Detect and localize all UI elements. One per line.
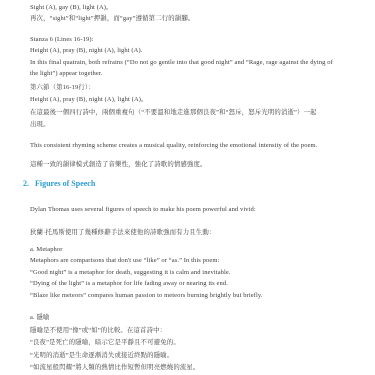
heading-label: Figures of Speech [35, 179, 95, 188]
paragraph: a. Metaphor Metaphors are comparisons th… [30, 244, 365, 301]
text-line: 再次，“sight”和“light”押韻，而“gay”遵循第二行的韻腳。 [30, 13, 365, 26]
text-line: Sight (A), gay (B), light (A)。 [30, 2, 365, 13]
paragraph: a. 隱喻 隱喻是不使用“像”或“如”的比較。在這首詩中： “良夜”是死亡的隱喻… [30, 312, 365, 375]
text-line: 出現。 [30, 119, 365, 132]
text-line: Height (A), pray (B), night (A), light (… [30, 45, 365, 56]
document-page: Sight (A), gay (B), light (A)。 再次，“sight… [0, 0, 375, 375]
paragraph: 第六節（第16-19行）： Height (A), pray (B), nigh… [30, 82, 365, 132]
paragraph: Stanza 6 (Lines 16-19): Height (A), pray… [30, 34, 365, 80]
section-heading: 2.Figures of Speech [23, 178, 365, 190]
text-line: 狄蘭·托馬斯使用了幾種修辭手法來使他的詩歌強而有力且生動： [30, 227, 365, 240]
text-line: 這種一致的韻律模式創造了音樂性，強化了詩歌的情感強度。 [30, 159, 365, 172]
text-line: the light”) appear together. [30, 68, 365, 79]
text-line: Stanza 6 (Lines 16-19): [30, 34, 365, 45]
text-line: 在這最後一個四行詩中，兩個重複句（“不要溫和地走進那個良夜”和“怒斥，怒斥光明的… [30, 107, 365, 120]
paragraph: 狄蘭·托馬斯使用了幾種修辭手法來使他的詩歌強而有力且生動： [30, 227, 365, 240]
text-line: Metaphors are comparisons that don't use… [30, 255, 365, 266]
text-line: “光明的消逝”是生命逐漸消失或接近終點的隱喻。 [30, 350, 365, 363]
text-line: “如流星般閃耀”將人類的熱情比作短暫但明亮燃燒的流星。 [30, 362, 365, 375]
paragraph: Dylan Thomas uses several figures of spe… [30, 204, 365, 215]
text-line: In this final quatrain, both refrains (“… [30, 57, 365, 68]
text-line: 隱喻是不使用“像”或“如”的比較。在這首詩中： [30, 325, 365, 338]
paragraph: 這種一致的韻律模式創造了音樂性，強化了詩歌的情感強度。 [30, 159, 365, 172]
paragraph: Sight (A), gay (B), light (A)。 再次，“sight… [30, 2, 365, 26]
paragraph: This consistent rhyming scheme creates a… [30, 140, 365, 151]
text-line: 第六節（第16-19行）： [30, 82, 365, 95]
text-line: “Dying of the light” is a metaphor for l… [30, 278, 365, 289]
text-line: “Good night” is a metaphor for death, su… [30, 267, 365, 278]
text-line: Dylan Thomas uses several figures of spe… [30, 204, 365, 215]
text-line: This consistent rhyming scheme creates a… [30, 140, 365, 151]
heading-number: 2. [23, 178, 29, 190]
text-line: “Blaze like meteors” compares human pass… [30, 290, 365, 301]
text-line: Height (A), pray (B), night (A), light (… [30, 94, 365, 107]
text-line: a. 隱喻 [30, 312, 365, 325]
text-line: “良夜”是死亡的隱喻，暗示它是平靜且不可避免的。 [30, 337, 365, 350]
text-line: a. Metaphor [30, 244, 365, 255]
